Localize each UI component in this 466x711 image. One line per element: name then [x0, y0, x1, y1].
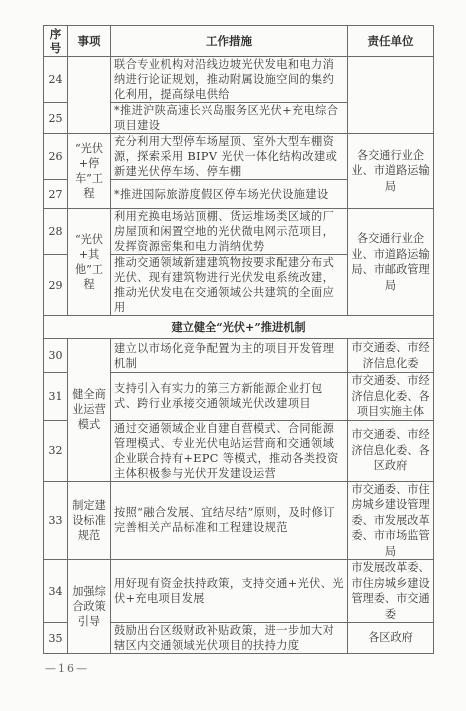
header-work-measure: 工作措施 [111, 26, 348, 57]
item-cell: 健全商业运营模式 [68, 339, 111, 482]
unit-cell: 各区政府 [348, 623, 434, 654]
row-number: 28 [44, 209, 68, 255]
measure-cell: 通过交通领域企业自建自营模式、合同能源管理模式、专业光伏电站运营商和交通领域企业… [111, 420, 348, 481]
unit-cell: 各交通行业企业、市道路运输局、市邮政管理局 [348, 209, 434, 316]
measure-cell: 支持引入有实力的第三方新能源企业打包式、跨行业承接交通领域光伏改建项目 [111, 373, 348, 421]
measure-cell: *推进国际旅游度假区停车场光伏设施建设 [111, 180, 348, 209]
header-serial-number: 序号 [44, 26, 68, 57]
row-number: 32 [44, 420, 68, 481]
row-number: 30 [44, 339, 68, 373]
header-item: 事项 [68, 26, 111, 57]
measure-cell: 用好现有资金扶持政策，支持交通+光伏、光伏+充电项目发展 [111, 560, 348, 623]
unit-cell: 市发展改革委、市住房城乡建设管理委、市交通委 [348, 560, 434, 623]
section-title: 建立健全“光伏+”推进机制 [44, 316, 434, 339]
unit-cell: 市交通委、市经济信息化委、各区政府 [348, 420, 434, 481]
item-cell [68, 57, 111, 134]
unit-cell: 市交通委、市经济信息化委 [348, 339, 434, 373]
table-header-row: 序号 事项 工作措施 责任单位 [44, 26, 434, 57]
measure-cell: 按照“融合发展、宜结尽结”原则，及时修订完善相关产品标准和工程建设规范 [111, 481, 348, 560]
row-number: 35 [44, 623, 68, 654]
work-measures-table: 序号 事项 工作措施 责任单位 24 联合专业机构对沿线边坡光伏发电和电力消纳进… [43, 25, 434, 654]
table-row: 33 制定建设标准规范 按照“融合发展、宜结尽结”原则，及时修订完善相关产品标准… [44, 481, 434, 560]
unit-cell: 各交通行业企业、市道路运输局 [348, 134, 434, 209]
item-cell: 加强综合政策引导 [68, 560, 111, 654]
unit-cell [348, 57, 434, 134]
measure-cell: 推动交通领域新建建筑物按要求配建分布式光伏、现有建筑物进行光伏发电系统改建，推动… [111, 255, 348, 316]
row-number: 31 [44, 373, 68, 421]
table-row: 34 加强综合政策引导 用好现有资金扶持政策，支持交通+光伏、光伏+充电项目发展… [44, 560, 434, 623]
row-number: 26 [44, 134, 68, 180]
measure-cell: 利用充换电场站顶棚、货运堆场类区域的厂房屋顶和闲置空地的光伏微电网示范项目，发挥… [111, 209, 348, 255]
item-cell: 制定建设标准规范 [68, 481, 111, 560]
header-responsible-unit: 责任单位 [348, 26, 434, 57]
unit-cell: 市交通委、市住房城乡建设管理委、市发展改革委、市市场监管局 [348, 481, 434, 560]
row-number: 33 [44, 481, 68, 560]
row-number: 25 [44, 103, 68, 134]
row-number: 27 [44, 180, 68, 209]
table-row: 30 健全商业运营模式 建立以市场化竞争配置为主的项目开发管理机制 市交通委、市… [44, 339, 434, 373]
table-row: 26 “光伏+停车”工程 充分利用大型停车场屋顶、室外大型车棚资源，探索采用 B… [44, 134, 434, 180]
measure-cell: *推进沪陕高速长兴岛服务区光伏+充电综合项目建设 [111, 103, 348, 134]
measure-cell: 建立以市场化竞争配置为主的项目开发管理机制 [111, 339, 348, 373]
document-page: 序号 事项 工作措施 责任单位 24 联合专业机构对沿线边坡光伏发电和电力消纳进… [0, 0, 466, 711]
item-cell: “光伏+停车”工程 [68, 134, 111, 209]
row-number: 29 [44, 255, 68, 316]
page-number: —16— [45, 662, 89, 675]
table-row: 24 联合专业机构对沿线边坡光伏发电和电力消纳进行论证规划，推动附属设施空间的集… [44, 57, 434, 103]
measure-cell: 鼓励出台区级财政补贴政策，进一步加大对辖区内交通领域光伏项目的扶持力度 [111, 623, 348, 654]
measure-cell: 联合专业机构对沿线边坡光伏发电和电力消纳进行论证规划，推动附属设施空间的集约化利… [111, 57, 348, 103]
unit-cell: 市交通委、市经济信息化委、各项目实施主体 [348, 373, 434, 421]
row-number: 34 [44, 560, 68, 623]
item-cell: “光伏+其他”工程 [68, 209, 111, 316]
table-row: 28 “光伏+其他”工程 利用充换电场站顶棚、货运堆场类区域的厂房屋顶和闲置空地… [44, 209, 434, 255]
row-number: 24 [44, 57, 68, 103]
measure-cell: 充分利用大型停车场屋顶、室外大型车棚资源，探索采用 BIPV 光伏一体化结构改建… [111, 134, 348, 180]
section-row: 建立健全“光伏+”推进机制 [44, 316, 434, 339]
